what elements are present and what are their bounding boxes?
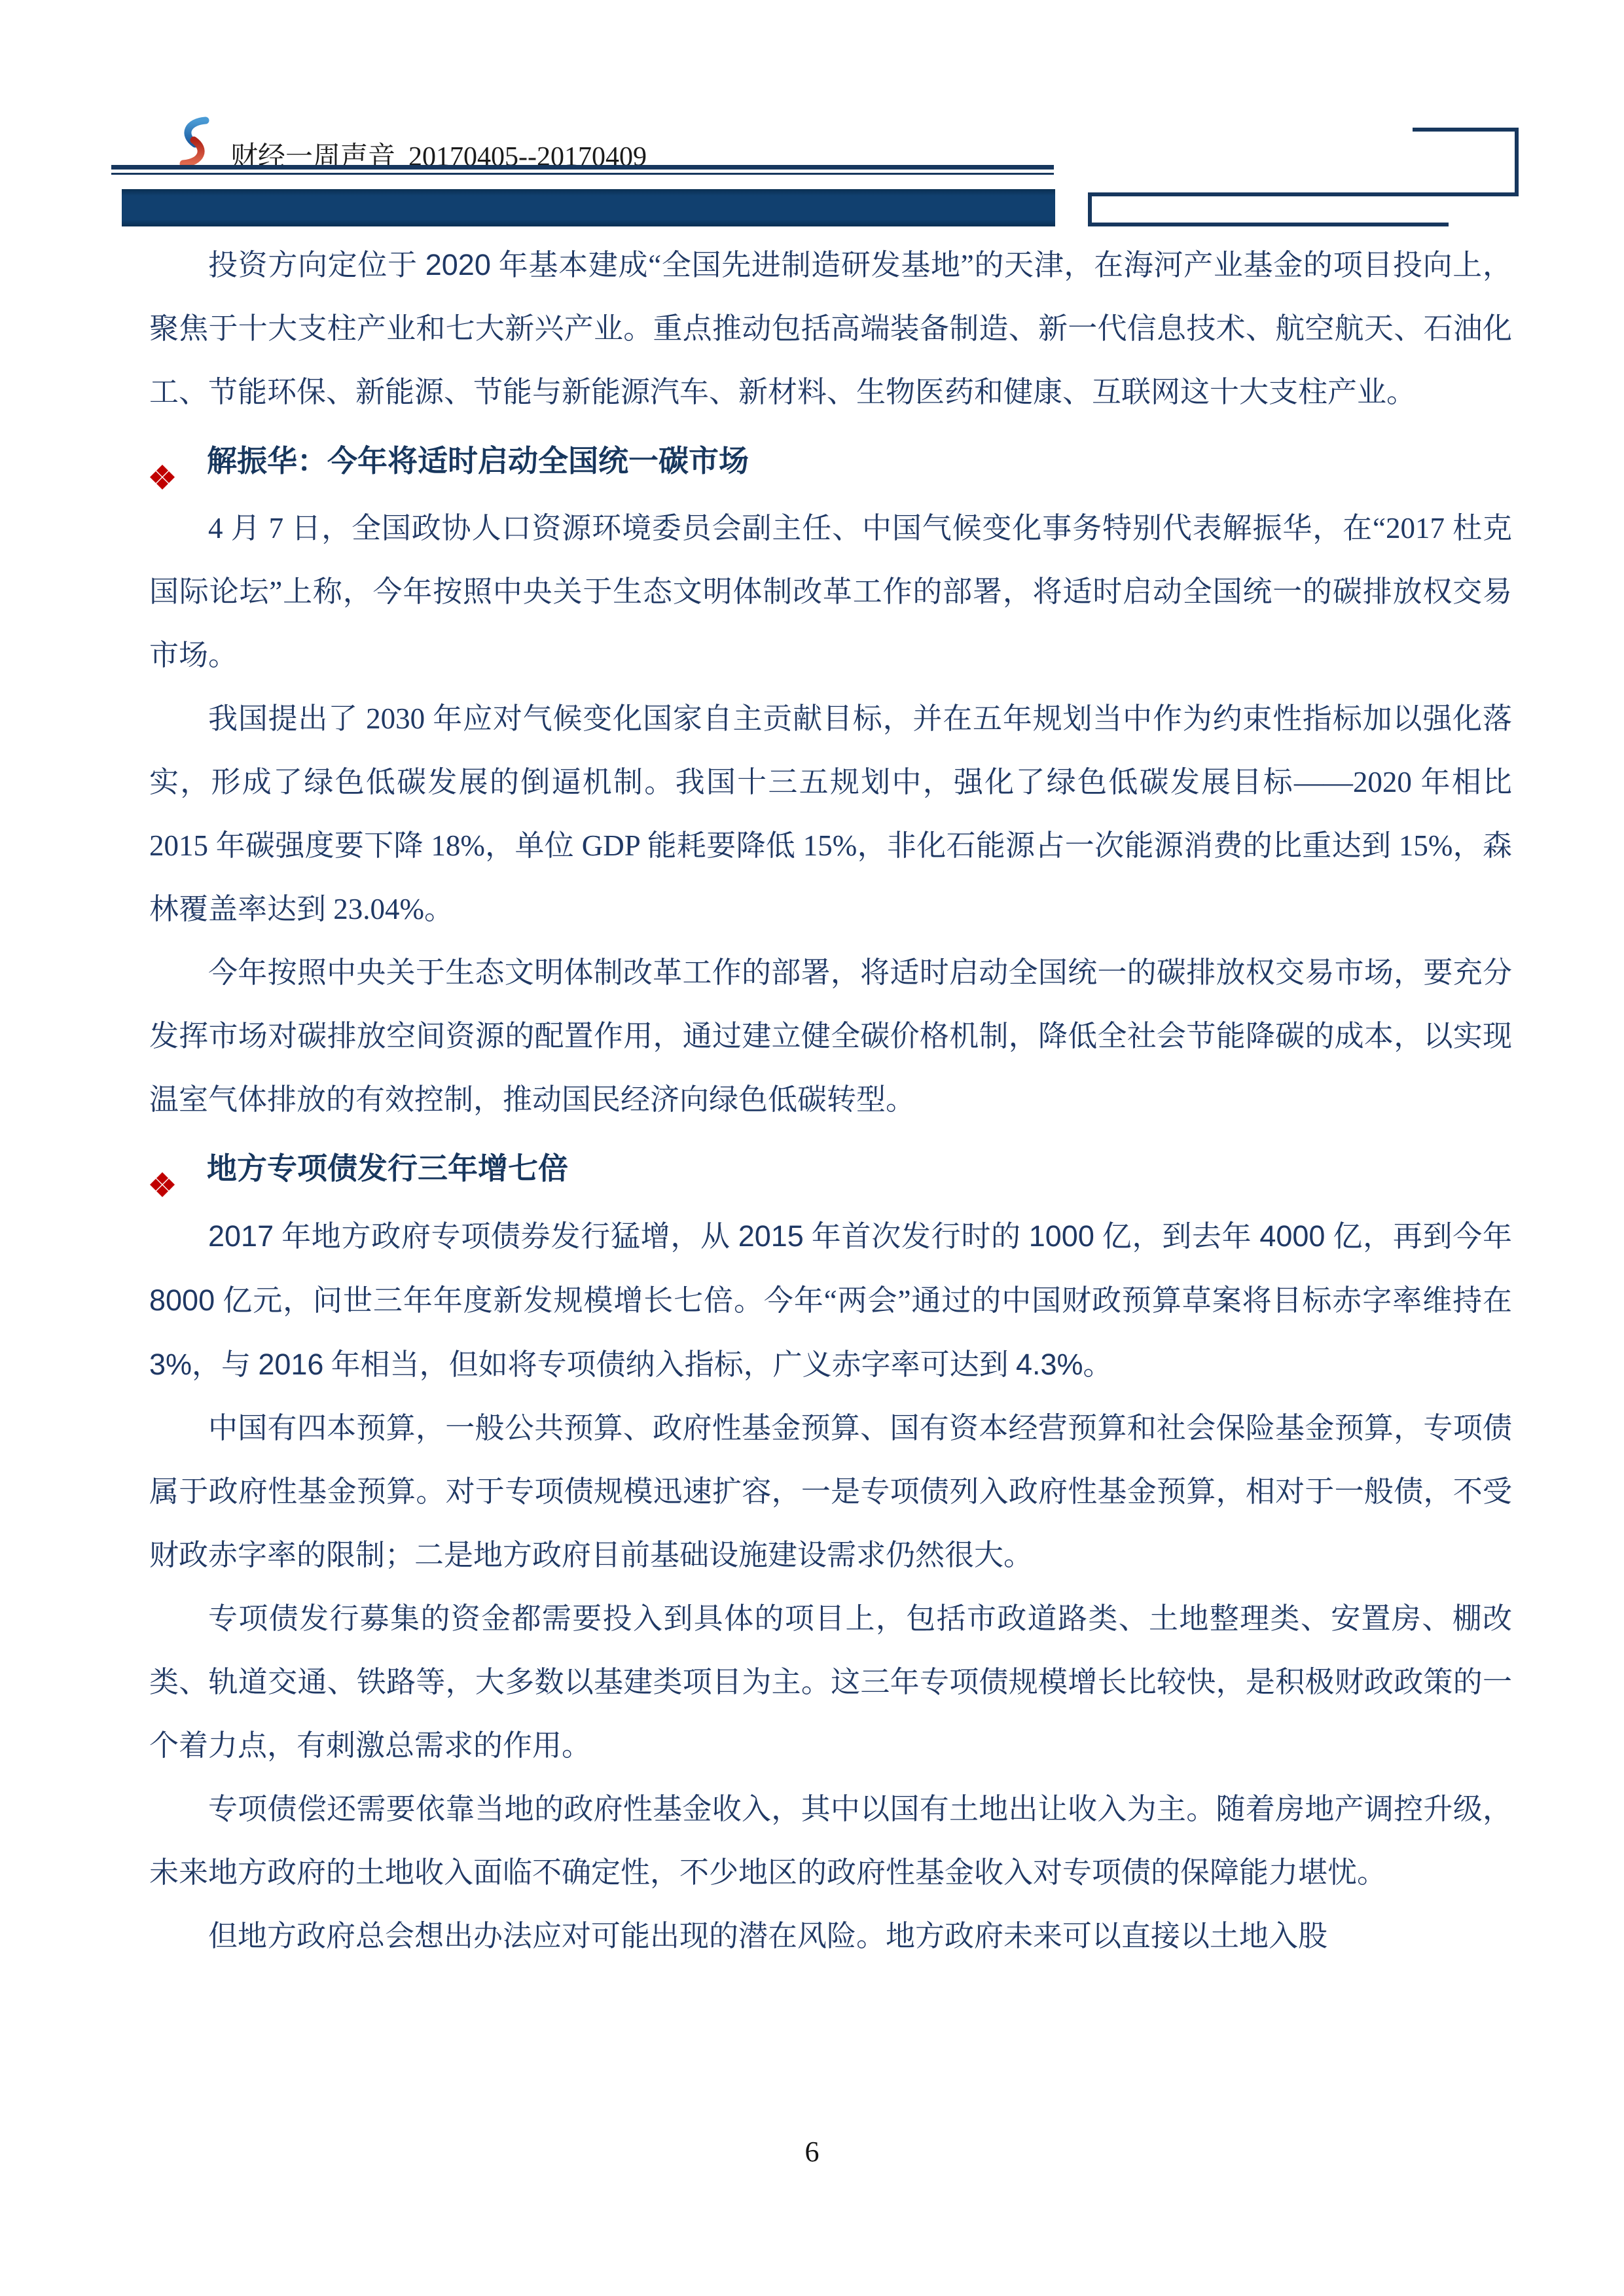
diamond-bullet-icon xyxy=(149,448,175,475)
section-heading: 地方专项债发行三年增七倍 xyxy=(149,1137,1512,1200)
diamond-bullet-glyph xyxy=(149,464,175,490)
page-number: 6 xyxy=(0,2135,1624,2168)
paragraph-number-segment: 1000 xyxy=(1029,1219,1094,1253)
paragraph-number-segment: 2015 xyxy=(738,1219,804,1253)
body-paragraph: 但地方政府总会想出办法应对可能出现的潜在风险。地方政府未来可以直接以土地入股 xyxy=(149,1905,1512,1968)
paragraph-text-segment: 投资方向定位于 xyxy=(208,249,425,281)
section-heading-label: 地方专项债发行三年增七倍 xyxy=(207,1151,568,1185)
diamond-bullet-glyph xyxy=(149,1172,175,1198)
diamond-bullet-icon xyxy=(149,1156,175,1182)
body-paragraph: 专项债偿还需要依靠当地的政府性基金收入，其中以国有土地出让收入为主。随着房地产调… xyxy=(149,1778,1512,1905)
paragraph-text-segment: 4 月 7 日，全国政协人口资源环境委员会副主任、中国气候变化事务特别代表解振华… xyxy=(149,512,1512,672)
body-paragraph: 专项债发行募集的资金都需要投入到具体的项目上，包括市政道路类、土地整理类、安置房… xyxy=(149,1587,1512,1778)
paragraph-number-segment: 8000 xyxy=(149,1283,215,1317)
section-heading: 解振华：今年将适时启动全国统一碳市场 xyxy=(149,429,1512,493)
body-text: 投资方向定位于 2020 年基本建成“全国先进制造研发基地”的天津，在海河产业基… xyxy=(149,233,1512,1968)
body-paragraph: 4 月 7 日，全国政协人口资源环境委员会副主任、中国气候变化事务特别代表解振华… xyxy=(149,497,1512,687)
s-swirl-logo-icon xyxy=(175,117,213,168)
paragraph-text-segment: 我国提出了 2030 年应对气候变化国家自主贡献目标，并在五年规划当中作为约束性… xyxy=(149,702,1512,925)
paragraph-number-segment: 2020 xyxy=(425,248,491,281)
header-accent-bar xyxy=(122,189,1055,226)
section-heading-label: 解振华：今年将适时启动全国统一碳市场 xyxy=(207,444,749,478)
paragraph-text-segment: 亿元，问世三年年度新发规模增长七倍。今年“两会”通过的中国财政预算草案将目标赤字… xyxy=(215,1284,1512,1317)
header-deco-line-connector xyxy=(1088,192,1092,226)
paragraph-number-segment: 3% xyxy=(149,1348,192,1381)
paragraph-number-segment: 2016 xyxy=(258,1348,323,1381)
paragraph-number-segment: 2017 xyxy=(208,1219,274,1253)
paragraph-text-segment: 专项债偿还需要依靠当地的政府性基金收入，其中以国有土地出让收入为主。随着房地产调… xyxy=(149,1793,1512,1889)
paragraph-number-segment: 4.3% xyxy=(1016,1348,1083,1381)
paragraph-text-segment: 。 xyxy=(1083,1348,1113,1381)
body-paragraph: 今年按照中央关于生态文明体制改革工作的部署，将适时启动全国统一的碳排放权交易市场… xyxy=(149,941,1512,1132)
paragraph-text-segment: 中国有四本预算，一般公共预算、政府性基金预算、国有资本经营预算和社会保险基金预算… xyxy=(149,1412,1512,1571)
body-paragraph: 投资方向定位于 2020 年基本建成“全国先进制造研发基地”的天津，在海河产业基… xyxy=(149,233,1512,424)
document-page: 财经一周声音 20170405--20170409 投资方向定位于 2020 年… xyxy=(0,0,1624,2296)
paragraph-text-segment: 专项债发行募集的资金都需要投入到具体的项目上，包括市政道路类、土地整理类、安置房… xyxy=(149,1602,1512,1762)
paragraph-text-segment: 今年按照中央关于生态文明体制改革工作的部署，将适时启动全国统一的碳排放权交易市场… xyxy=(149,956,1512,1116)
body-paragraph: 2017 年地方政府专项债券发行猛增，从 2015 年首次发行时的 1000 亿… xyxy=(149,1204,1512,1397)
header-double-rule xyxy=(111,165,1054,175)
paragraph-text-segment: 年相当，但如将专项债纳入指标，广义赤字率可达到 xyxy=(323,1348,1016,1381)
paragraph-text-segment: 亿，到去年 xyxy=(1094,1220,1259,1253)
header-deco-line-bottom xyxy=(1088,223,1449,226)
paragraph-text-segment: 但地方政府总会想出办法应对可能出现的潜在风险。地方政府未来可以直接以土地入股 xyxy=(208,1920,1327,1952)
company-logo xyxy=(175,117,213,168)
header-deco-line-top xyxy=(1413,128,1519,132)
body-paragraph: 我国提出了 2030 年应对气候变化国家自主贡献目标，并在五年规划当中作为约束性… xyxy=(149,687,1512,941)
paragraph-number-segment: 4000 xyxy=(1259,1219,1325,1253)
paragraph-text-segment: 亿，再到今年 xyxy=(1325,1220,1512,1253)
body-paragraph: 中国有四本预算，一般公共预算、政府性基金预算、国有资本经营预算和社会保险基金预算… xyxy=(149,1397,1512,1587)
header-deco-line-right xyxy=(1515,128,1519,196)
paragraph-text-segment: 年首次发行时的 xyxy=(804,1220,1029,1253)
paragraph-text-segment: 年地方政府专项债券发行猛增，从 xyxy=(274,1220,738,1253)
paragraph-text-segment: ，与 xyxy=(192,1348,258,1381)
header-deco-line-middle xyxy=(1088,192,1519,196)
